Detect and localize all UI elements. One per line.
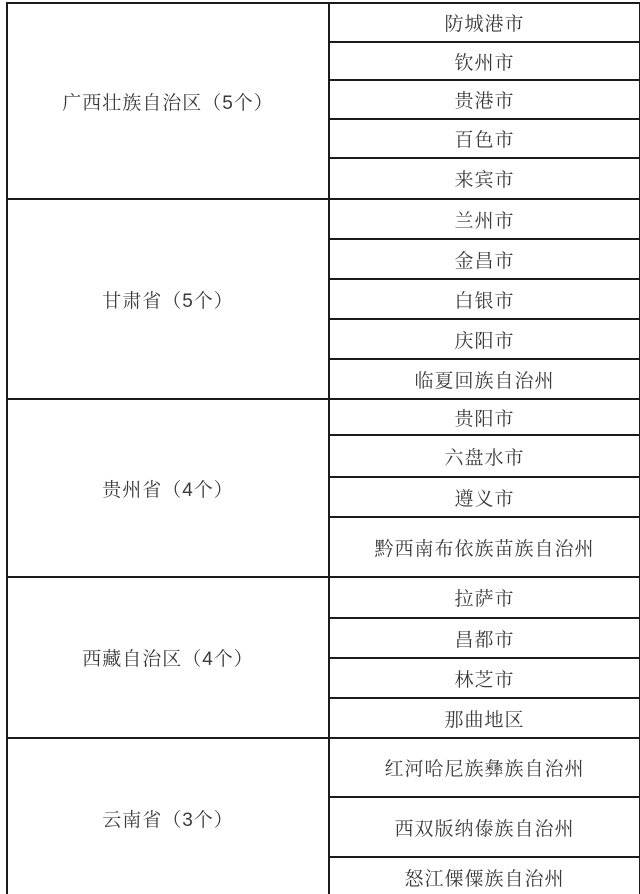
city-cell: 那曲地区 xyxy=(329,698,640,738)
city-cell: 来宾市 xyxy=(329,158,640,199)
province-cell: 甘肃省（5个） xyxy=(7,199,329,399)
city-cell: 黔西南布依族苗族自治州 xyxy=(329,517,640,577)
city-cell: 钦州市 xyxy=(329,42,640,80)
city-cell: 六盘水市 xyxy=(329,435,640,477)
city-cell: 红河哈尼族彝族自治州 xyxy=(329,738,640,797)
city-cell: 兰州市 xyxy=(329,199,640,239)
city-cell: 防城港市 xyxy=(329,3,640,42)
table-row: 西藏自治区（4个） 拉萨市 xyxy=(7,577,640,618)
province-cell: 贵州省（4个） xyxy=(7,399,329,577)
province-cell: 广西壮族自治区（5个） xyxy=(7,3,329,199)
city-cell: 拉萨市 xyxy=(329,577,640,618)
city-cell: 金昌市 xyxy=(329,239,640,279)
table-row: 广西壮族自治区（5个） 防城港市 xyxy=(7,3,640,42)
city-cell: 庆阳市 xyxy=(329,319,640,359)
city-cell: 西双版纳傣族自治州 xyxy=(329,797,640,857)
table-row: 贵州省（4个） 贵阳市 xyxy=(7,399,640,435)
city-cell: 昌都市 xyxy=(329,618,640,658)
province-city-table: 广西壮族自治区（5个） 防城港市 钦州市 贵港市 百色市 来宾市 甘肃省（5个）… xyxy=(6,2,640,894)
city-cell: 林芝市 xyxy=(329,658,640,698)
city-cell: 怒江傈僳族自治州 xyxy=(329,857,640,894)
city-cell: 百色市 xyxy=(329,119,640,158)
province-cell: 云南省（3个） xyxy=(7,738,329,894)
city-cell: 贵阳市 xyxy=(329,399,640,435)
city-cell: 临夏回族自治州 xyxy=(329,359,640,399)
city-cell: 遵义市 xyxy=(329,477,640,517)
table-row: 甘肃省（5个） 兰州市 xyxy=(7,199,640,239)
city-cell: 贵港市 xyxy=(329,80,640,119)
province-cell: 西藏自治区（4个） xyxy=(7,577,329,738)
page: 广西壮族自治区（5个） 防城港市 钦州市 贵港市 百色市 来宾市 甘肃省（5个）… xyxy=(0,0,640,894)
city-cell: 白银市 xyxy=(329,279,640,319)
table-row: 云南省（3个） 红河哈尼族彝族自治州 xyxy=(7,738,640,797)
